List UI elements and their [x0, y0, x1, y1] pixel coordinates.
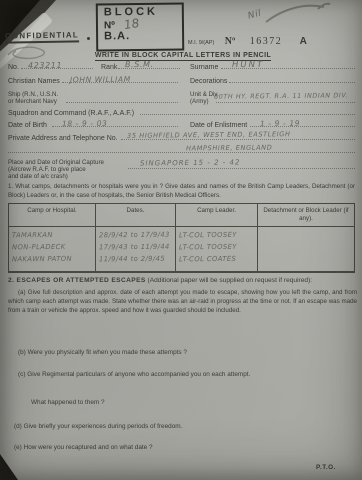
table-cell-block-leader — [261, 229, 351, 230]
field-label-ship-line1: Ship (R.N., U.S.N. — [8, 91, 58, 98]
field-value-dob: 18 - 9 - 03 — [62, 119, 108, 128]
field-line-address2 — [8, 142, 355, 153]
camps-col-leader: LT-COL TOOSEY LT-COL TOOSEY LT-COL COATE… — [176, 227, 258, 273]
field-value-address-line2: HAMPSHIRE, ENGLAND — [186, 144, 272, 153]
pto-label: P.T.O. — [316, 464, 336, 471]
camps-header-leader: Camp Leader. — [176, 204, 258, 227]
field-label-decorations: Decorations — [190, 78, 227, 85]
camps-table: Camp or Hospital. Dates. Camp Leader. De… — [8, 203, 355, 273]
table-cell-block-leader — [261, 229, 351, 230]
table-cell-camp: TAMARKAN — [12, 229, 92, 242]
field-value-christian-names: JOHN WILLIAM — [70, 75, 131, 85]
field-label-capture-line1: Place and Date of Original Capture — [8, 159, 104, 166]
field-label-enlistment: Date of Enlistment — [190, 122, 247, 129]
separator-dot — [87, 37, 90, 40]
ref-suffix: A — [300, 36, 307, 47]
pencil-tick-mark — [258, 0, 338, 26]
section-2-note: (Additional paper will be supplied on re… — [146, 277, 312, 284]
table-cell-leader: LT-COL COATES — [179, 253, 254, 266]
field-label-christian-names: Christian Names — [8, 78, 60, 85]
field-value-unit: 60TH HY. REGT. R.A. 11 INDIAN DIV. — [214, 91, 348, 100]
camps-table-body: TAMARKAN NON-PLADECK NAKAWN PATON 28/9/4… — [9, 227, 355, 273]
field-label-capture-line3: and date of a/c crash) — [8, 173, 68, 180]
section-2-title: 2. ESCAPES OR ATTEMPTED ESCAPES — [8, 277, 146, 284]
ref-no-label: Nº — [225, 36, 236, 47]
field-label-address: Private Address and Telephone No. — [8, 135, 118, 142]
table-cell-dates: 28/9/42 to 17/9/43 — [99, 229, 172, 242]
field-line-decorations — [229, 72, 355, 83]
mi9-reference-label: M.I. 9/(AP) — [188, 40, 214, 46]
table-cell-camp: NON-PLADECK — [12, 241, 92, 254]
camps-header-block-leader: Detachment or Block Leader (if any). — [258, 204, 355, 227]
camps-col-camp: TAMARKAN NON-PLADECK NAKAWN PATON — [9, 227, 96, 273]
field-value-enlistment: 1 - 9 - 19 — [260, 119, 300, 128]
table-cell-camp: NAKAWN PATON — [12, 253, 92, 266]
section-2-heading: 2. ESCAPES OR ATTEMPTED ESCAPES (Additio… — [8, 277, 312, 284]
camps-col-block-leader — [258, 227, 355, 273]
ref-no-value: 16372 — [250, 36, 283, 47]
field-line-squadron — [140, 104, 355, 115]
camps-header-dates: Dates. — [96, 204, 176, 227]
stamp-no-handwritten-value: 18 — [123, 16, 140, 32]
field-value-surname: HUNT — [232, 60, 264, 70]
field-line-ship — [66, 92, 178, 103]
section-2a-text: (a) Give full description and approx. da… — [8, 288, 357, 315]
field-label-rank: Rank — [101, 64, 117, 71]
camps-header-camp: Camp or Hospital. — [9, 204, 96, 227]
field-value-capture: SINGAPORE 15 - 2 - 42 — [140, 158, 241, 167]
camps-table-header-row: Camp or Hospital. Dates. Camp Leader. De… — [9, 204, 355, 227]
camps-col-dates: 28/9/42 to 17/9/43 17/9/43 to 11/9/44 11… — [96, 227, 176, 273]
field-label-capture-line2: (Aircrew R.A.F. to give place — [8, 166, 86, 173]
field-value-rank: B.S.M. — [125, 60, 154, 69]
field-value-address-line1: 35 HIGHFIELD AVE, WEST END, EASTLEIGH — [127, 130, 291, 140]
section-2e-text: (e) How were you recaptured and on what … — [14, 444, 153, 451]
reference-number-block: M.I. 9/(AP) Nº 16372 A — [188, 31, 307, 49]
field-label-surname: Surname — [190, 64, 218, 71]
table-cell-dates: 11/9/44 to 2/9/45 — [99, 253, 172, 266]
field-label-no: No. — [8, 64, 19, 71]
table-cell-block-leader — [261, 229, 351, 230]
section-2b-text: (b) Were you physically fit when you mad… — [18, 349, 187, 356]
pow-record-form-page: CONFIDENTIAL BLOCK Nº18 B.A. Nil M.I. 9/… — [0, 0, 362, 480]
table-cell-dates: 17/9/43 to 11/9/44 — [99, 241, 172, 254]
table-cell-leader: LT-COL TOOSEY — [179, 229, 254, 242]
section-2c-followup-text: What happened to them ? — [31, 399, 105, 406]
section-2c-text: (c) Give Regimental particulars of anyon… — [18, 371, 250, 378]
table-cell-leader: LT-COL TOOSEY — [179, 241, 254, 254]
stamp-ba-label: B.A. — [104, 30, 176, 43]
field-label-dob: Date of Birth — [8, 122, 47, 129]
bottom-left-corner-shadow — [0, 454, 18, 480]
question-1-text: 1. What camps, detachments or hospitals … — [8, 182, 355, 200]
field-label-ship-line2: or Merchant Navy — [8, 98, 57, 105]
block-number-stamp: BLOCK Nº18 B.A. — [96, 3, 184, 52]
field-value-no: 423211 — [28, 61, 62, 70]
section-2d-text: (d) Give briefly your experiences during… — [14, 423, 182, 430]
